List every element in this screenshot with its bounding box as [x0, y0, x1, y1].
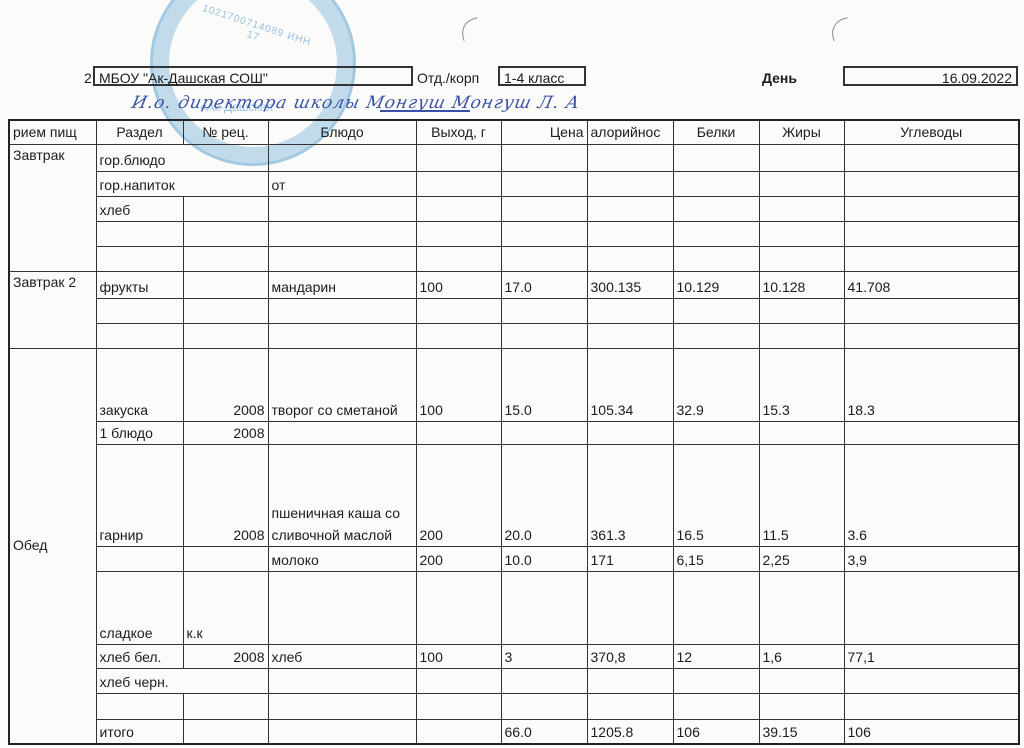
col-fat: Жиры — [759, 120, 844, 144]
protein-cell — [673, 196, 759, 221]
price-cell — [501, 221, 587, 246]
table-row — [9, 693, 1019, 719]
meal-cell: Обед — [9, 348, 96, 744]
yield-cell — [416, 298, 501, 323]
recipe-cell — [183, 546, 268, 571]
meal-cell: Завтрак — [9, 144, 96, 271]
yield-cell — [416, 719, 501, 744]
dish-cell: молоко — [268, 546, 416, 571]
yield-cell: 100 — [416, 644, 501, 668]
protein-cell: 106 — [673, 719, 759, 744]
recipe-cell: к.к — [183, 571, 268, 644]
yield-cell — [416, 668, 501, 693]
kcal-cell: 105.34 — [587, 348, 673, 421]
price-cell — [501, 421, 587, 444]
section-cell — [96, 323, 183, 348]
table-row — [9, 323, 1019, 348]
section-cell: гарнир — [96, 444, 183, 546]
section-cell: гор.напиток — [96, 171, 183, 196]
fat-cell — [759, 171, 844, 196]
school-name-field: МБОУ "Ак-Дашская СОШ" — [93, 66, 413, 86]
fat-cell — [759, 668, 844, 693]
recipe-cell — [183, 221, 268, 246]
col-section: Раздел — [96, 120, 183, 144]
protein-cell — [673, 421, 759, 444]
fat-cell — [759, 323, 844, 348]
section-cell: фрукты — [96, 271, 183, 298]
table-row: итого66.01205.810639.15106 — [9, 719, 1019, 744]
price-cell — [501, 668, 587, 693]
meal-cell: Завтрак 2 — [9, 271, 96, 348]
yield-cell — [416, 171, 501, 196]
fat-cell — [759, 421, 844, 444]
dish-cell — [268, 144, 416, 171]
col-recipe: № рец. — [183, 120, 268, 144]
dish-cell: от — [268, 171, 416, 196]
recipe-cell — [183, 323, 268, 348]
dish-cell — [268, 246, 416, 271]
dish-cell — [268, 221, 416, 246]
fat-cell: 39.15 — [759, 719, 844, 744]
table-row: Завтракгор.блюдо — [9, 144, 1019, 171]
price-cell — [501, 196, 587, 221]
table-row: сладкоек.к — [9, 571, 1019, 644]
kcal-cell: 1205.8 — [587, 719, 673, 744]
fat-cell: 1,6 — [759, 644, 844, 668]
protein-cell — [673, 668, 759, 693]
kcal-cell — [587, 571, 673, 644]
yield-cell — [416, 421, 501, 444]
carbs-cell — [844, 323, 1019, 348]
dish-cell: хлеб — [268, 644, 416, 668]
dish-cell — [268, 421, 416, 444]
section-cell — [96, 298, 183, 323]
menu-table: рием пищ Раздел № рец. Блюдо Выход, г Це… — [8, 119, 1020, 745]
carbs-cell — [844, 144, 1019, 171]
table-row: гор.напитокот — [9, 171, 1019, 196]
recipe-cell — [183, 196, 268, 221]
department-field: 1-4 класс — [498, 66, 586, 86]
section-cell: 1 блюдо — [96, 421, 183, 444]
fat-cell: 2,25 — [759, 546, 844, 571]
yield-cell — [416, 144, 501, 171]
dish-cell — [268, 323, 416, 348]
price-cell — [501, 323, 587, 348]
recipe-cell: 2008 — [183, 421, 268, 444]
price-cell — [501, 693, 587, 719]
table-row: Обедзакуска2008творог со сметаной10015.0… — [9, 348, 1019, 421]
stamp-code-text: 1021700714089 ИНН 17 — [190, 0, 320, 61]
section-cell: хлеб бел. — [96, 644, 183, 668]
kcal-cell: 370,8 — [587, 644, 673, 668]
kcal-cell: 361.3 — [587, 444, 673, 546]
recipe-cell: 2008 — [183, 444, 268, 546]
protein-cell — [673, 298, 759, 323]
yield-cell — [416, 221, 501, 246]
scan-artifact — [454, 7, 529, 74]
dish-cell: творог со сметаной — [268, 348, 416, 421]
dish-cell: мандарин — [268, 271, 416, 298]
fat-cell — [759, 196, 844, 221]
section-cell — [96, 221, 183, 246]
kcal-cell — [587, 221, 673, 246]
kcal-cell — [587, 298, 673, 323]
protein-cell — [673, 323, 759, 348]
fat-cell — [759, 298, 844, 323]
section-cell: хлеб — [96, 196, 183, 221]
carbs-cell: 18.3 — [844, 348, 1019, 421]
col-price: Цена — [501, 120, 587, 144]
recipe-cell — [183, 298, 268, 323]
kcal-cell: 171 — [587, 546, 673, 571]
recipe-cell: 2008 — [183, 348, 268, 421]
fat-cell — [759, 246, 844, 271]
carbs-cell: 77,1 — [844, 644, 1019, 668]
yield-cell: 200 — [416, 546, 501, 571]
price-cell: 20.0 — [501, 444, 587, 546]
carbs-cell: 41.708 — [844, 271, 1019, 298]
dish-cell — [268, 668, 416, 693]
table-row: молоко20010.01716,152,253,9 — [9, 546, 1019, 571]
col-dish: Блюдо — [268, 120, 416, 144]
recipe-cell: 2008 — [183, 644, 268, 668]
recipe-cell — [183, 171, 268, 196]
protein-cell — [673, 693, 759, 719]
section-cell: итого — [96, 719, 183, 744]
table-row: 1 блюдо2008 — [9, 421, 1019, 444]
carbs-cell — [844, 171, 1019, 196]
section-cell: хлеб черн. — [96, 668, 183, 693]
recipe-cell — [183, 246, 268, 271]
protein-cell: 32.9 — [673, 348, 759, 421]
kcal-cell — [587, 668, 673, 693]
yield-cell — [416, 246, 501, 271]
yield-cell — [416, 571, 501, 644]
kcal-cell: 300.135 — [587, 271, 673, 298]
protein-cell: 16.5 — [673, 444, 759, 546]
price-cell — [501, 571, 587, 644]
section-cell: сладкое — [96, 571, 183, 644]
price-cell — [501, 171, 587, 196]
protein-cell: 12 — [673, 644, 759, 668]
protein-cell — [673, 221, 759, 246]
section-cell: закуска — [96, 348, 183, 421]
table-row: хлеб бел.2008хлеб1003370,8121,677,1 — [9, 644, 1019, 668]
col-yield: Выход, г — [416, 120, 501, 144]
carbs-cell: 106 — [844, 719, 1019, 744]
section-cell — [96, 693, 183, 719]
col-carbs: Углеводы — [844, 120, 1019, 144]
recipe-cell — [183, 719, 268, 744]
carbs-cell: 3,9 — [844, 546, 1019, 571]
carbs-cell — [844, 693, 1019, 719]
fat-cell — [759, 693, 844, 719]
table-row: хлеб черн. — [9, 668, 1019, 693]
fat-cell: 10.128 — [759, 271, 844, 298]
carbs-cell — [844, 421, 1019, 444]
kcal-cell — [587, 246, 673, 271]
table-row — [9, 298, 1019, 323]
recipe-cell — [183, 668, 268, 693]
day-label: День — [762, 70, 797, 86]
yield-cell: 100 — [416, 271, 501, 298]
sheet-number: 2 — [84, 70, 92, 86]
section-cell — [96, 546, 183, 571]
dish-cell — [268, 298, 416, 323]
fat-cell — [759, 221, 844, 246]
yield-cell — [416, 196, 501, 221]
handwritten-signature: И.о. директора школы Монгуш Монгуш Л. А — [130, 93, 582, 113]
yield-cell — [416, 693, 501, 719]
carbs-cell — [844, 298, 1019, 323]
col-protein: Белки — [673, 120, 759, 144]
section-cell: гор.блюдо — [96, 144, 183, 171]
protein-cell — [673, 144, 759, 171]
col-meal: рием пищ — [9, 120, 96, 144]
recipe-cell — [183, 271, 268, 298]
dish-cell — [268, 693, 416, 719]
kcal-cell — [587, 144, 673, 171]
kcal-cell — [587, 421, 673, 444]
table-row: гарнир2008пшеничная каша со сливочной ма… — [9, 444, 1019, 546]
price-cell: 3 — [501, 644, 587, 668]
yield-cell: 100 — [416, 348, 501, 421]
yield-cell: 200 — [416, 444, 501, 546]
fat-cell: 11.5 — [759, 444, 844, 546]
price-cell: 15.0 — [501, 348, 587, 421]
protein-cell: 10.129 — [673, 271, 759, 298]
department-label: Отд./корп — [417, 70, 479, 86]
fat-cell — [759, 144, 844, 171]
dish-cell — [268, 196, 416, 221]
signature-underline — [380, 110, 470, 112]
col-kcal: алорийнос — [587, 120, 673, 144]
kcal-cell — [587, 171, 673, 196]
carbs-cell — [844, 196, 1019, 221]
kcal-cell — [587, 323, 673, 348]
protein-cell — [673, 571, 759, 644]
table-row: хлеб — [9, 196, 1019, 221]
price-cell — [501, 246, 587, 271]
carbs-cell: 3.6 — [844, 444, 1019, 546]
date-field: 16.09.2022 — [843, 66, 1018, 86]
header-row: рием пищ Раздел № рец. Блюдо Выход, г Це… — [9, 120, 1019, 144]
dish-cell — [268, 719, 416, 744]
table-row — [9, 246, 1019, 271]
fat-cell: 15.3 — [759, 348, 844, 421]
table-row: Завтрак 2фруктымандарин10017.0300.13510.… — [9, 271, 1019, 298]
carbs-cell — [844, 221, 1019, 246]
dish-cell — [268, 571, 416, 644]
table-row — [9, 221, 1019, 246]
fat-cell — [759, 571, 844, 644]
kcal-cell — [587, 693, 673, 719]
section-cell — [96, 246, 183, 271]
scan-artifact — [824, 7, 899, 74]
price-cell: 17.0 — [501, 271, 587, 298]
recipe-cell — [183, 144, 268, 171]
kcal-cell — [587, 196, 673, 221]
carbs-cell — [844, 668, 1019, 693]
protein-cell: 6,15 — [673, 546, 759, 571]
price-cell: 66.0 — [501, 719, 587, 744]
price-cell — [501, 144, 587, 171]
protein-cell — [673, 246, 759, 271]
recipe-cell — [183, 693, 268, 719]
carbs-cell — [844, 246, 1019, 271]
carbs-cell — [844, 571, 1019, 644]
protein-cell — [673, 171, 759, 196]
dish-cell: пшеничная каша со сливочной маслой — [268, 444, 416, 546]
price-cell: 10.0 — [501, 546, 587, 571]
yield-cell — [416, 323, 501, 348]
price-cell — [501, 298, 587, 323]
